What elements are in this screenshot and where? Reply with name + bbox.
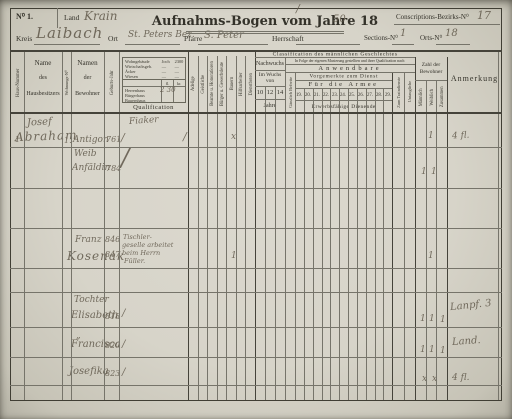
col-header-residents-2: der xyxy=(71,73,104,83)
count-mark: 1 xyxy=(440,346,446,356)
qualification-label: Qualification xyxy=(119,102,188,112)
entry-birth-year: 818 xyxy=(105,312,120,321)
col-header-dwelling-number: Wohnungs-N⁰ xyxy=(62,56,71,110)
check-slash: / xyxy=(122,367,125,378)
check-slash: / xyxy=(183,130,187,143)
residents-count-header: Zahl der Bewohner xyxy=(415,57,447,80)
count-mark: 1 xyxy=(440,315,446,325)
grid-line xyxy=(10,385,502,386)
grid-line xyxy=(10,327,502,328)
grid-line xyxy=(10,112,502,114)
census-form-sheet: N⁰ 1. Land Krain Aufnahms-Bogen vom Jahr… xyxy=(0,0,512,419)
sections-label: Sections-N⁰ xyxy=(364,34,398,42)
conscription-district-value: 17 xyxy=(477,9,491,22)
grid-line xyxy=(366,88,367,400)
entry-note-line: beim Herrn xyxy=(122,249,160,257)
count-mark: 1 xyxy=(428,251,434,261)
grid-line xyxy=(322,88,323,400)
grid-line xyxy=(10,50,502,52)
grid-line xyxy=(296,44,360,45)
col-header-owner-2: des xyxy=(24,73,62,83)
land-label: Land xyxy=(64,13,79,22)
grid-line xyxy=(392,72,393,400)
grid-line xyxy=(375,88,376,400)
ort-label: Ort xyxy=(108,34,118,43)
entry-note-line: Füller. xyxy=(124,257,145,265)
entry-occupation: Fiaker xyxy=(129,115,159,127)
grid-line xyxy=(265,86,266,400)
grid-line xyxy=(10,357,502,358)
valuation-handwritten: 2 30 xyxy=(160,86,176,94)
sheet-number: N⁰ 1. xyxy=(16,12,33,21)
col-header-house-number: Haus-Nummer xyxy=(10,56,24,110)
anwendbare-label: Anwendbare xyxy=(285,64,415,72)
grid-line xyxy=(62,50,63,400)
armee-label: Für die Armee xyxy=(295,80,392,88)
grid-line xyxy=(275,86,276,400)
entry-birth-year: 846 xyxy=(105,235,120,244)
pfarre-value-handwritten: S. Peter xyxy=(204,30,244,41)
count-mark: 1 xyxy=(420,314,426,324)
conscription-district-label: Conscriptions-Bezirks-N⁰ xyxy=(396,13,469,21)
col-header-birth-year: Geburts-Jahr xyxy=(104,56,119,110)
entry-owner-firstname: Josef xyxy=(27,116,52,128)
grid-line xyxy=(426,80,427,400)
grid-line xyxy=(313,88,314,400)
remark-annotation: Land. xyxy=(452,335,481,348)
pfarre-label: Pfarre xyxy=(184,34,202,43)
grid-line xyxy=(10,188,502,189)
remark-annotation: 4 fl. xyxy=(452,131,470,142)
grid-line xyxy=(295,80,392,81)
grid-line xyxy=(498,50,499,400)
grid-line xyxy=(186,33,344,34)
grid-line xyxy=(392,44,414,45)
grid-line xyxy=(348,88,349,400)
count-mark: 1 xyxy=(429,314,435,324)
col-header-class: Dienstboten xyxy=(240,58,260,110)
dienende-label: Erwerbsfähige Dienende xyxy=(295,100,392,112)
grid-line xyxy=(295,72,296,400)
count-mark: 1 xyxy=(420,345,426,355)
check-slash: / xyxy=(122,308,125,319)
grid-line xyxy=(198,44,268,45)
grid-line xyxy=(394,24,500,25)
grid-line xyxy=(104,50,105,400)
check-slash: / xyxy=(121,131,125,144)
vorgemerkte-label: Vorgemerkte zum Dienst xyxy=(295,72,392,80)
grid-line xyxy=(357,88,358,400)
entry-note-line: Tischler- xyxy=(123,233,152,241)
entry-birth-year: 847 xyxy=(105,250,120,259)
musterung-band: In Folge der eigenen Musterung gestellte… xyxy=(285,57,415,64)
grid-line xyxy=(119,50,120,400)
anmerkung-label: Anmerkung xyxy=(447,70,502,86)
herrschaft-label: Herrschaft xyxy=(272,34,304,43)
valuation-box: fl. kr. Herrenhaus Bürgerhaus Bauernhaus xyxy=(122,79,186,103)
grid-line xyxy=(436,80,437,400)
grid-line xyxy=(383,88,384,400)
grid-line xyxy=(255,57,415,58)
sections-value-handwritten: 1 xyxy=(400,28,406,39)
title-year-handwritten: 50 xyxy=(333,14,346,25)
grid-line xyxy=(10,228,502,229)
entry-birth-year: 820 xyxy=(105,341,120,350)
entry-resident-firstname: Franz xyxy=(75,235,101,245)
grid-line xyxy=(285,64,415,65)
col-header-residents-3: Bewohner xyxy=(71,89,104,99)
col-header-residents-sub: Zusammen xyxy=(432,82,452,112)
entry-resident-name: Josefika xyxy=(69,366,109,377)
col-header-residents-1: Namen xyxy=(71,58,104,68)
grid-line xyxy=(24,50,25,400)
land-value-handwritten: Krain xyxy=(84,9,117,23)
grid-line xyxy=(10,268,502,269)
orts-label: Orts-N⁰ xyxy=(420,34,442,42)
grid-line xyxy=(404,72,405,400)
grid-line xyxy=(71,50,72,400)
entry-note-line: geselle arbeitet xyxy=(122,241,173,249)
grid-line xyxy=(34,44,100,45)
grid-line xyxy=(436,44,470,45)
age-cell-label: 14 xyxy=(271,86,289,99)
grid-line xyxy=(295,100,392,101)
grid-line xyxy=(304,88,305,400)
count-mark: 1 xyxy=(428,131,434,141)
grid-line xyxy=(57,8,58,28)
grid-line xyxy=(125,44,180,45)
col-header-owner-1: Name xyxy=(24,58,62,68)
area-measure-box: WohngebäudeJoch2300 Wirtschaftsgeb.—— Äc… xyxy=(122,57,186,80)
col-header-owner-3: Hausbesitzers xyxy=(24,89,62,99)
grid-line xyxy=(415,80,447,81)
grid-line xyxy=(330,88,331,400)
check-slash-large: / xyxy=(121,144,129,172)
grid-line xyxy=(285,72,415,73)
orts-value-handwritten: 18 xyxy=(445,28,458,39)
check-slash: / xyxy=(122,339,125,350)
grid-line xyxy=(186,31,344,32)
count-mark: 1 xyxy=(429,345,435,355)
kreis-label: Kreis xyxy=(16,34,32,43)
stray-pen-mark: / xyxy=(296,2,300,15)
year-cell-label: 29. xyxy=(379,88,397,100)
grid-line xyxy=(10,292,502,293)
kreis-value-handwritten: Laibach xyxy=(36,24,103,42)
grid-line xyxy=(339,88,340,400)
grid-line xyxy=(10,147,502,148)
form-title: Aufnahms-Bogen vom Jahre 18 xyxy=(180,13,350,29)
entry-birth-year: 823 xyxy=(105,369,120,378)
remark-annotation: 4 fl. xyxy=(452,373,469,383)
entry-relation: Weib xyxy=(74,149,96,159)
